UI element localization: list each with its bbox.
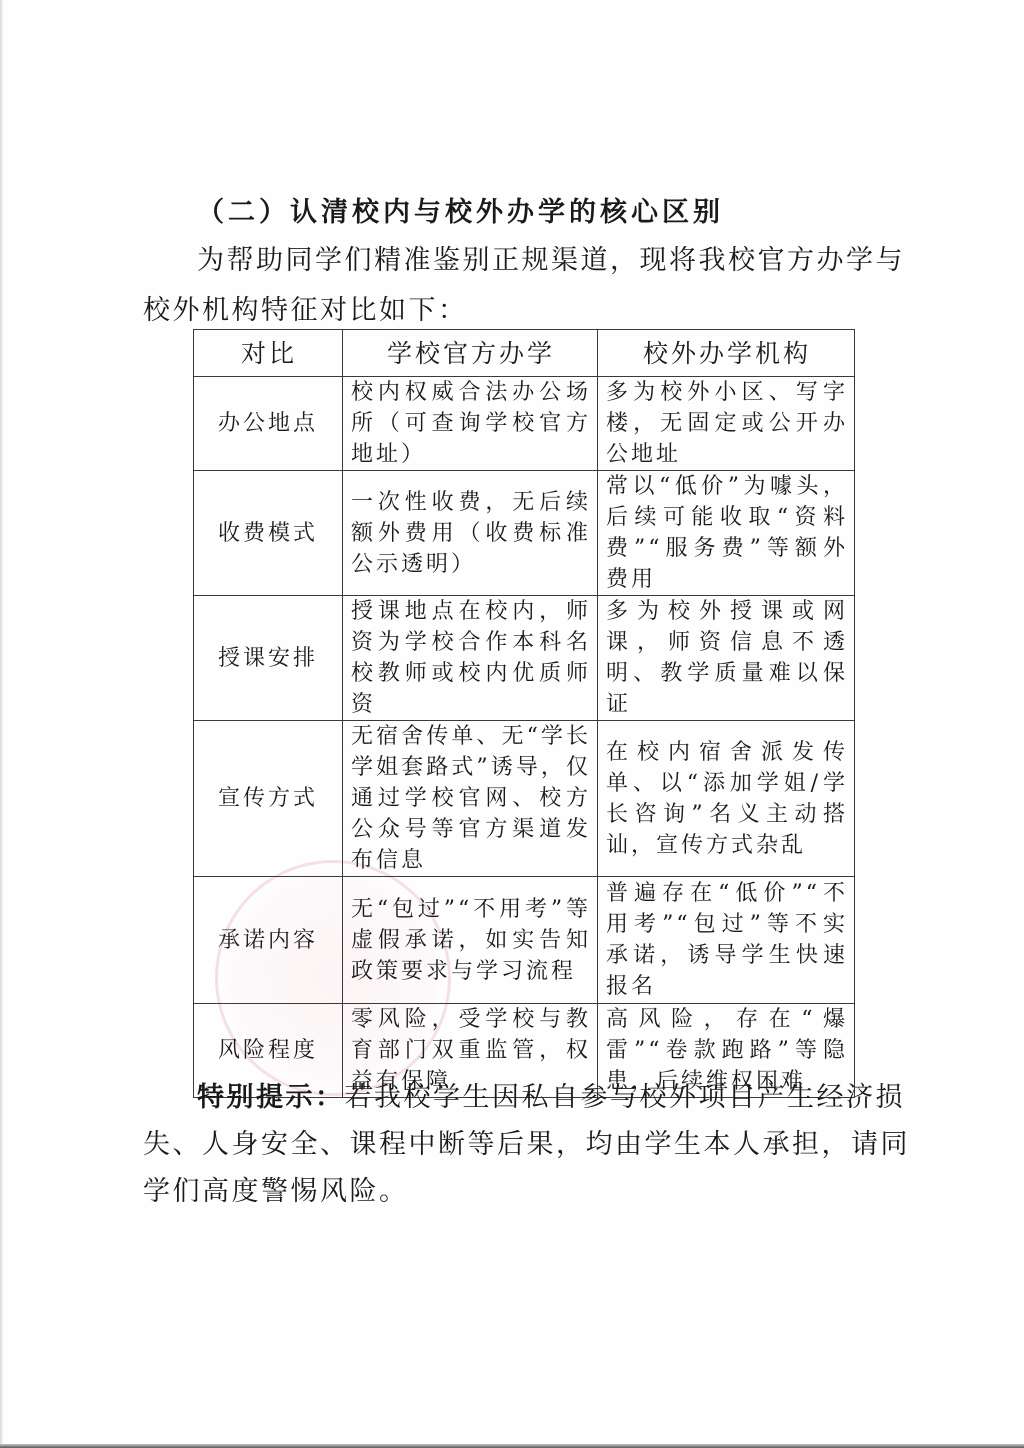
row-aspect: 宣传方式: [194, 721, 343, 877]
table-row: 办公地点 校内权威合法办公场所（可查询学校官方地址） 多为校外小区、写字楼，无固…: [194, 377, 855, 471]
row-external: 多为校外小区、写字楼，无固定或公开办公地址: [598, 377, 855, 471]
table-row: 宣传方式 无宿舍传单、无“学长学姐套路式”诱导，仅通过学校官网、校方公众号等官方…: [194, 721, 855, 877]
document-page: （二）认清校内与校外办学的核心区别 为帮助同学们精准鉴别正规渠道，现将我校官方办…: [0, 0, 1024, 1448]
comparison-table: 对比 学校官方办学 校外办学机构 办公地点 校内权威合法办公场所（可查询学校官方…: [193, 329, 855, 1098]
special-notice: 特别提示：若我校学生因私自参与校外项目产生经济损失、人身安全、课程中断等后果，均…: [143, 1074, 913, 1215]
table-header-row: 对比 学校官方办学 校外办学机构: [194, 330, 855, 377]
row-official: 无宿舍传单、无“学长学姐套路式”诱导，仅通过学校官网、校方公众号等官方渠道发布信…: [343, 721, 598, 877]
row-aspect: 办公地点: [194, 377, 343, 471]
row-official: 授课地点在校内，师资为学校合作本科名校教师或校内优质师资: [343, 596, 598, 721]
row-official: 一次性收费，无后续额外费用（收费标准公示透明）: [343, 471, 598, 596]
row-aspect: 授课安排: [194, 596, 343, 721]
header-aspect: 对比: [194, 330, 343, 377]
scan-left-edge: [0, 0, 3, 1448]
row-aspect: 承诺内容: [194, 877, 343, 1004]
row-external: 普遍存在“低价”“不用考”“包过”等不实承诺，诱导学生快速报名: [598, 877, 855, 1004]
row-external: 常以“低价”为噱头，后续可能收取“资料费”“服务费”等额外费用: [598, 471, 855, 596]
intro-paragraph: 为帮助同学们精准鉴别正规渠道，现将我校官方办学与校外机构特征对比如下：: [143, 236, 913, 336]
table-row: 承诺内容 无“包过”“不用考”等虚假承诺，如实告知政策要求与学习流程 普遍存在“…: [194, 877, 855, 1004]
notice-label: 特别提示：: [197, 1082, 345, 1113]
row-official: 校内权威合法办公场所（可查询学校官方地址）: [343, 377, 598, 471]
header-external: 校外办学机构: [598, 330, 855, 377]
scan-bottom-edge: [0, 1444, 1024, 1448]
header-official: 学校官方办学: [343, 330, 598, 377]
row-aspect: 收费模式: [194, 471, 343, 596]
row-official: 无“包过”“不用考”等虚假承诺，如实告知政策要求与学习流程: [343, 877, 598, 1004]
table-row: 授课安排 授课地点在校内，师资为学校合作本科名校教师或校内优质师资 多为校外授课…: [194, 596, 855, 721]
row-external: 在校内宿舍派发传单、以“添加学姐/学长咨询”名义主动搭讪，宣传方式杂乱: [598, 721, 855, 877]
row-external: 多为校外授课或网课，师资信息不透明、教学质量难以保证: [598, 596, 855, 721]
section-heading: （二）认清校内与校外办学的核心区别: [197, 190, 724, 229]
table-row: 收费模式 一次性收费，无后续额外费用（收费标准公示透明） 常以“低价”为噱头，后…: [194, 471, 855, 596]
